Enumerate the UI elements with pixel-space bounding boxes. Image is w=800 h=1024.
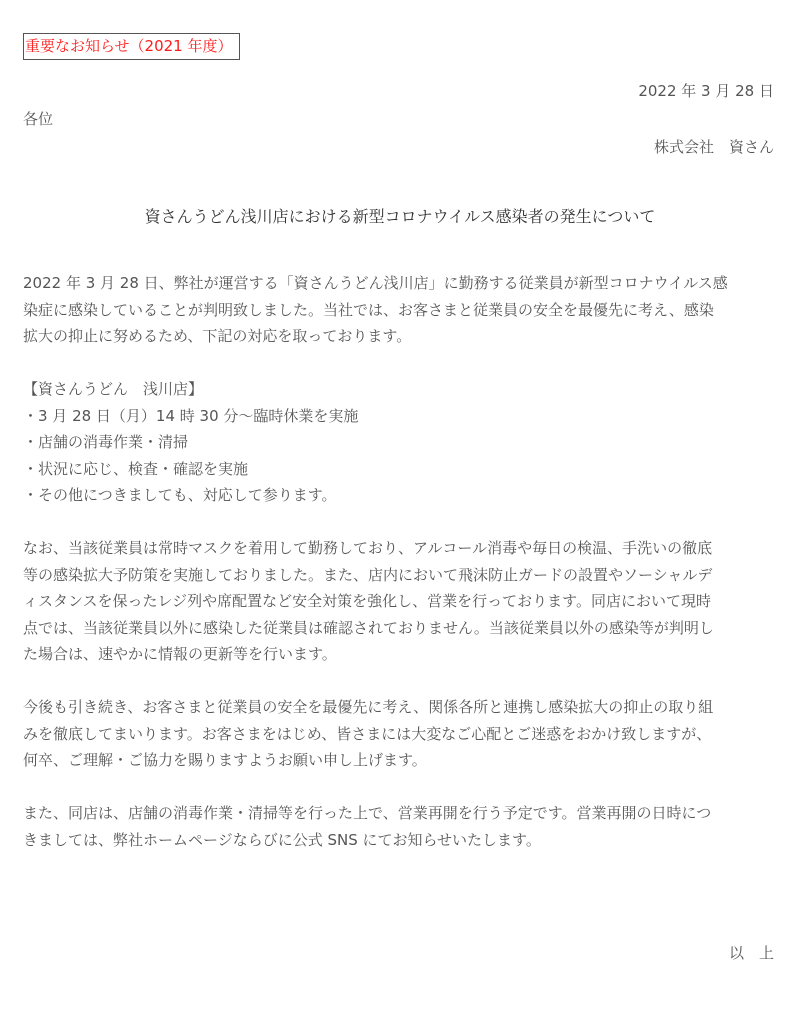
- text-line: 何卒、ご理解・ご協力を賜りますようお願い申し上げます。: [23, 747, 783, 774]
- important-notice-label: 重要なお知らせ（2021 年度）: [23, 33, 240, 60]
- text-line: また、同店は、店舗の消毒作業・清掃等を行った上で、営業再開を行う予定です。営業再…: [23, 800, 783, 827]
- paragraph-intro: 2022 年 3 月 28 日、弊社が運営する「資さんうどん浅川店」に勤務する従…: [23, 270, 783, 350]
- text-line: 等の感染拡大予防策を実施しておりました。また、店内において飛沫防止ガードの設置や…: [23, 562, 783, 589]
- spacer: [23, 350, 783, 377]
- paragraph-prevention: なお、当該従業員は常時マスクを着用して勤務しており、アルコール消毒や毎日の検温、…: [23, 535, 783, 668]
- paragraph-commitment: 今後も引き続き、お客さまと従業員の安全を最優先に考え、関係各所と連携し感染拡大の…: [23, 694, 783, 774]
- paragraph-reopening: また、同店は、店舗の消毒作業・清掃等を行った上で、営業再開を行う予定です。営業再…: [23, 800, 783, 853]
- store-measures: 【資さんうどん 浅川店】 ・3 月 28 日（月）14 時 30 分〜臨時休業を…: [23, 376, 783, 509]
- store-heading: 【資さんうどん 浅川店】: [23, 376, 783, 403]
- company-name: 株式会社 資さん: [654, 136, 774, 157]
- notice-label-text: 重要なお知らせ（2021 年度）: [25, 37, 233, 55]
- text-line: 染症に感染していることが判明致しました。当社では、お客さまと従業員の安全を最優先…: [23, 297, 783, 324]
- text-line: みを徹底してまいります。お客さまをはじめ、皆さまには大変なご心配とご迷惑をおかけ…: [23, 721, 783, 748]
- document-body: 2022 年 3 月 28 日、弊社が運営する「資さんうどん浅川店」に勤務する従…: [23, 270, 783, 853]
- spacer: [23, 774, 783, 801]
- measure-item: ・その他につきましても、対応して参ります。: [23, 482, 783, 509]
- text-line: なお、当該従業員は常時マスクを着用して勤務しており、アルコール消毒や毎日の検温、…: [23, 535, 783, 562]
- measure-item: ・状況に応じ、検査・確認を実施: [23, 456, 783, 483]
- measure-item: ・店舗の消毒作業・清掃: [23, 429, 783, 456]
- text-line: た場合は、速やかに情報の更新等を行います。: [23, 641, 783, 668]
- addressee: 各位: [23, 108, 53, 129]
- closing-mark: 以 上: [729, 942, 774, 963]
- text-line: 今後も引き続き、お客さまと従業員の安全を最優先に考え、関係各所と連携し感染拡大の…: [23, 694, 783, 721]
- text-line: 拡大の抑止に努めるため、下記の対応を取っております。: [23, 323, 783, 350]
- spacer: [23, 668, 783, 695]
- text-line: きましては、弊社ホームページならびに公式 SNS にてお知らせいたします。: [23, 827, 783, 854]
- text-line: 2022 年 3 月 28 日、弊社が運営する「資さんうどん浅川店」に勤務する従…: [23, 270, 783, 297]
- text-line: 点では、当該従業員以外に感染した従業員は確認されておりません。当該従業員以外の感…: [23, 615, 783, 642]
- document-date: 2022 年 3 月 28 日: [638, 80, 774, 101]
- document-title: 資さんうどん浅川店における新型コロナウイルス感染者の発生について: [0, 204, 800, 227]
- spacer: [23, 509, 783, 536]
- measure-item: ・3 月 28 日（月）14 時 30 分〜臨時休業を実施: [23, 403, 783, 430]
- text-line: ィスタンスを保ったレジ列や席配置など安全対策を強化し、営業を行っております。同店…: [23, 588, 783, 615]
